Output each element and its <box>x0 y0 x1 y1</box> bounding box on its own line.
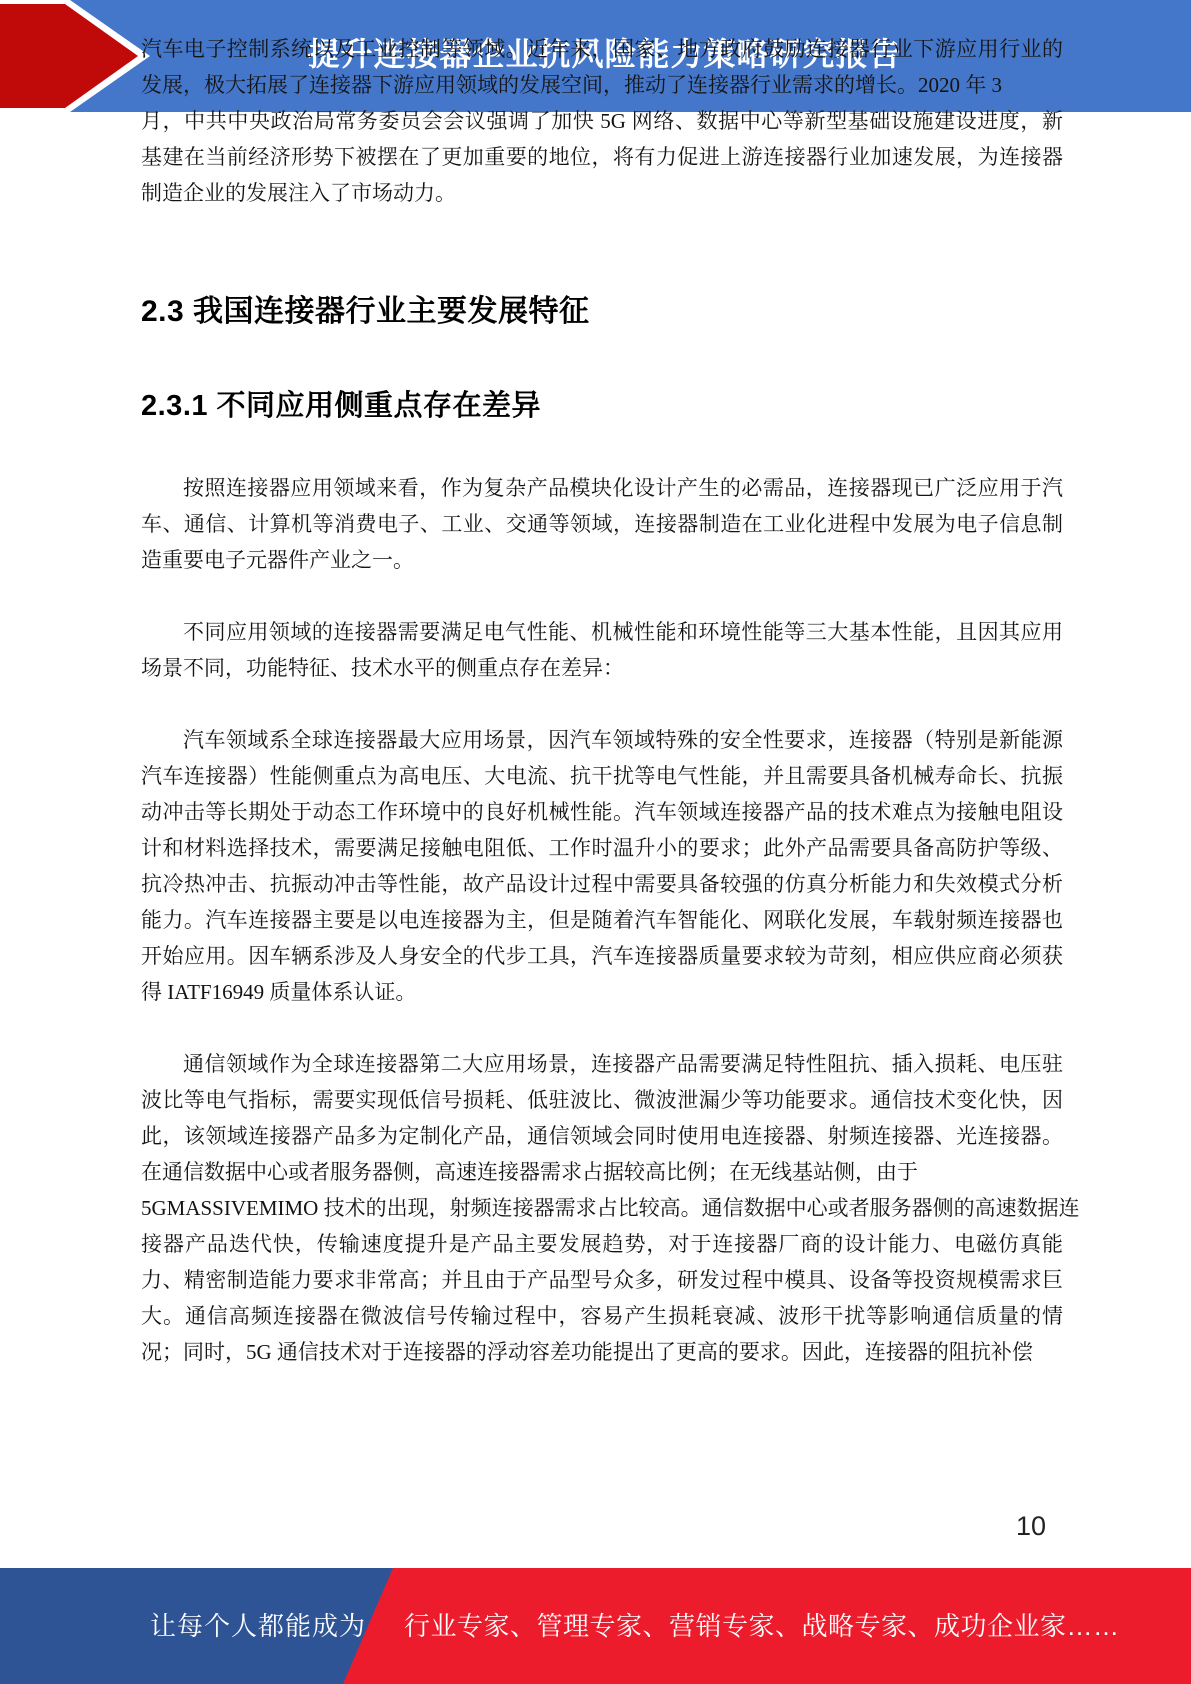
paragraph: 通信领域作为全球连接器第二大应用场景，连接器产品需要满足特性阻抗、插入损耗、电压… <box>141 1046 1063 1370</box>
document-page: 提升连接器企业抗风险能力策略研究报告 汽车电子控制系统以及工业控制等领域。近年来… <box>0 0 1191 1684</box>
text-line: 动冲击等长期处于动态工作环境中的良好机械性能。汽车领域连接器产品的技术难点为接触… <box>141 794 1063 830</box>
text-line: 车、通信、计算机等消费电子、工业、交通等领域，连接器制造在工业化进程中发展为电子… <box>141 506 1063 542</box>
text-line: 得 IATF16949 质量体系认证。 <box>141 974 1063 1010</box>
text-line: 大。通信高频连接器在微波信号传输过程中，容易产生损耗衰减、波形干扰等影响通信质量… <box>141 1298 1063 1334</box>
paragraph: 按照连接器应用领域来看，作为复杂产品模块化设计产生的必需品，连接器现已广泛应用于… <box>141 470 1063 578</box>
section-heading: 2.3.1 不同应用侧重点存在差异 <box>141 387 1063 425</box>
text-line: 月，中共中央政治局常务委员会会议强调了加快 5G 网络、数据中心等新型基础设施建… <box>141 103 1063 139</box>
page-number: 10 <box>991 1508 1071 1544</box>
text-line: 况；同时，5G 通信技术对于连接器的浮动容差功能提出了更高的要求。因此，连接器的… <box>141 1334 1063 1370</box>
text-line: 在通信数据中心或者服务器侧，高速连接器需求占据较高比例；在无线基站侧，由于 <box>141 1154 1063 1190</box>
text-line: 能力。汽车连接器主要是以电连接器为主，但是随着汽车智能化、网联化发展，车载射频连… <box>141 902 1063 938</box>
document-body: 汽车电子控制系统以及工业控制等领域。近年来，国家、地方政府鼓励连接器行业下游应用… <box>0 0 1063 1370</box>
text-line: 基建在当前经济形势下被摆在了更加重要的地位，将有力促进上游连接器行业加速发展，为… <box>141 139 1063 175</box>
text-line: 波比等电气指标，需要实现低信号损耗、低驻波比、微波泄漏少等功能要求。通信技术变化… <box>141 1082 1063 1118</box>
paragraph: 汽车领域系全球连接器最大应用场景，因汽车领域特殊的安全性要求，连接器（特别是新能… <box>141 722 1063 1010</box>
text-line: 计和材料选择技术，需要满足接触电阻低、工作时温升小的要求；此外产品需要具备高防护… <box>141 830 1063 866</box>
text-line: 汽车连接器）性能侧重点为高电压、大电流、抗干扰等电气性能，并且需要具备机械寿命长… <box>141 758 1063 794</box>
paragraph: 汽车电子控制系统以及工业控制等领域。近年来，国家、地方政府鼓励连接器行业下游应用… <box>141 31 1063 211</box>
text-line: 5GMASSIVEMIMO 技术的出现，射频连接器需求占比较高。通信数据中心或者… <box>141 1190 1063 1226</box>
text-line: 造重要电子元器件产业之一。 <box>141 542 1063 578</box>
text-line: 接器产品迭代快，传输速度提升是产品主要发展趋势，对于连接器厂商的设计能力、电磁仿… <box>141 1226 1063 1262</box>
text-line: 汽车电子控制系统以及工业控制等领域。近年来，国家、地方政府鼓励连接器行业下游应用… <box>141 31 1063 67</box>
text-line: 此，该领域连接器产品多为定制化产品，通信领域会同时使用电连接器、射频连接器、光连… <box>141 1118 1063 1154</box>
text-line: 汽车领域系全球连接器最大应用场景，因汽车领域特殊的安全性要求，连接器（特别是新能… <box>141 722 1063 758</box>
footer-slogan-left: 让每个人都能成为 <box>150 1568 366 1684</box>
text-line: 制造企业的发展注入了市场动力。 <box>141 175 1063 211</box>
paragraph: 不同应用领域的连接器需要满足电气性能、机械性能和环境性能等三大基本性能，且因其应… <box>141 614 1063 686</box>
footer-slogan-right: 行业专家、管理专家、营销专家、战略专家、成功企业家…… <box>404 1568 1120 1684</box>
text-line: 开始应用。因车辆系涉及人身安全的代步工具，汽车连接器质量要求较为苛刻，相应供应商… <box>141 938 1063 974</box>
text-line: 抗冷热冲击、抗振动冲击等性能，故产品设计过程中需要具备较强的仿真分析能力和失效模… <box>141 866 1063 902</box>
page-footer: 让每个人都能成为 行业专家、管理专家、营销专家、战略专家、成功企业家…… <box>0 1568 1191 1684</box>
text-line: 不同应用领域的连接器需要满足电气性能、机械性能和环境性能等三大基本性能，且因其应… <box>141 614 1063 650</box>
text-line: 发展，极大拓展了连接器下游应用领域的发展空间，推动了连接器行业需求的增长。202… <box>141 67 1063 103</box>
text-line: 场景不同，功能特征、技术水平的侧重点存在差异： <box>141 650 1063 686</box>
text-line: 力、精密制造能力要求非常高；并且由于产品型号众多，研发过程中模具、设备等投资规模… <box>141 1262 1063 1298</box>
text-line: 按照连接器应用领域来看，作为复杂产品模块化设计产生的必需品，连接器现已广泛应用于… <box>141 470 1063 506</box>
section-heading: 2.3 我国连接器行业主要发展特征 <box>141 293 1063 331</box>
text-line: 通信领域作为全球连接器第二大应用场景，连接器产品需要满足特性阻抗、插入损耗、电压… <box>141 1046 1063 1082</box>
